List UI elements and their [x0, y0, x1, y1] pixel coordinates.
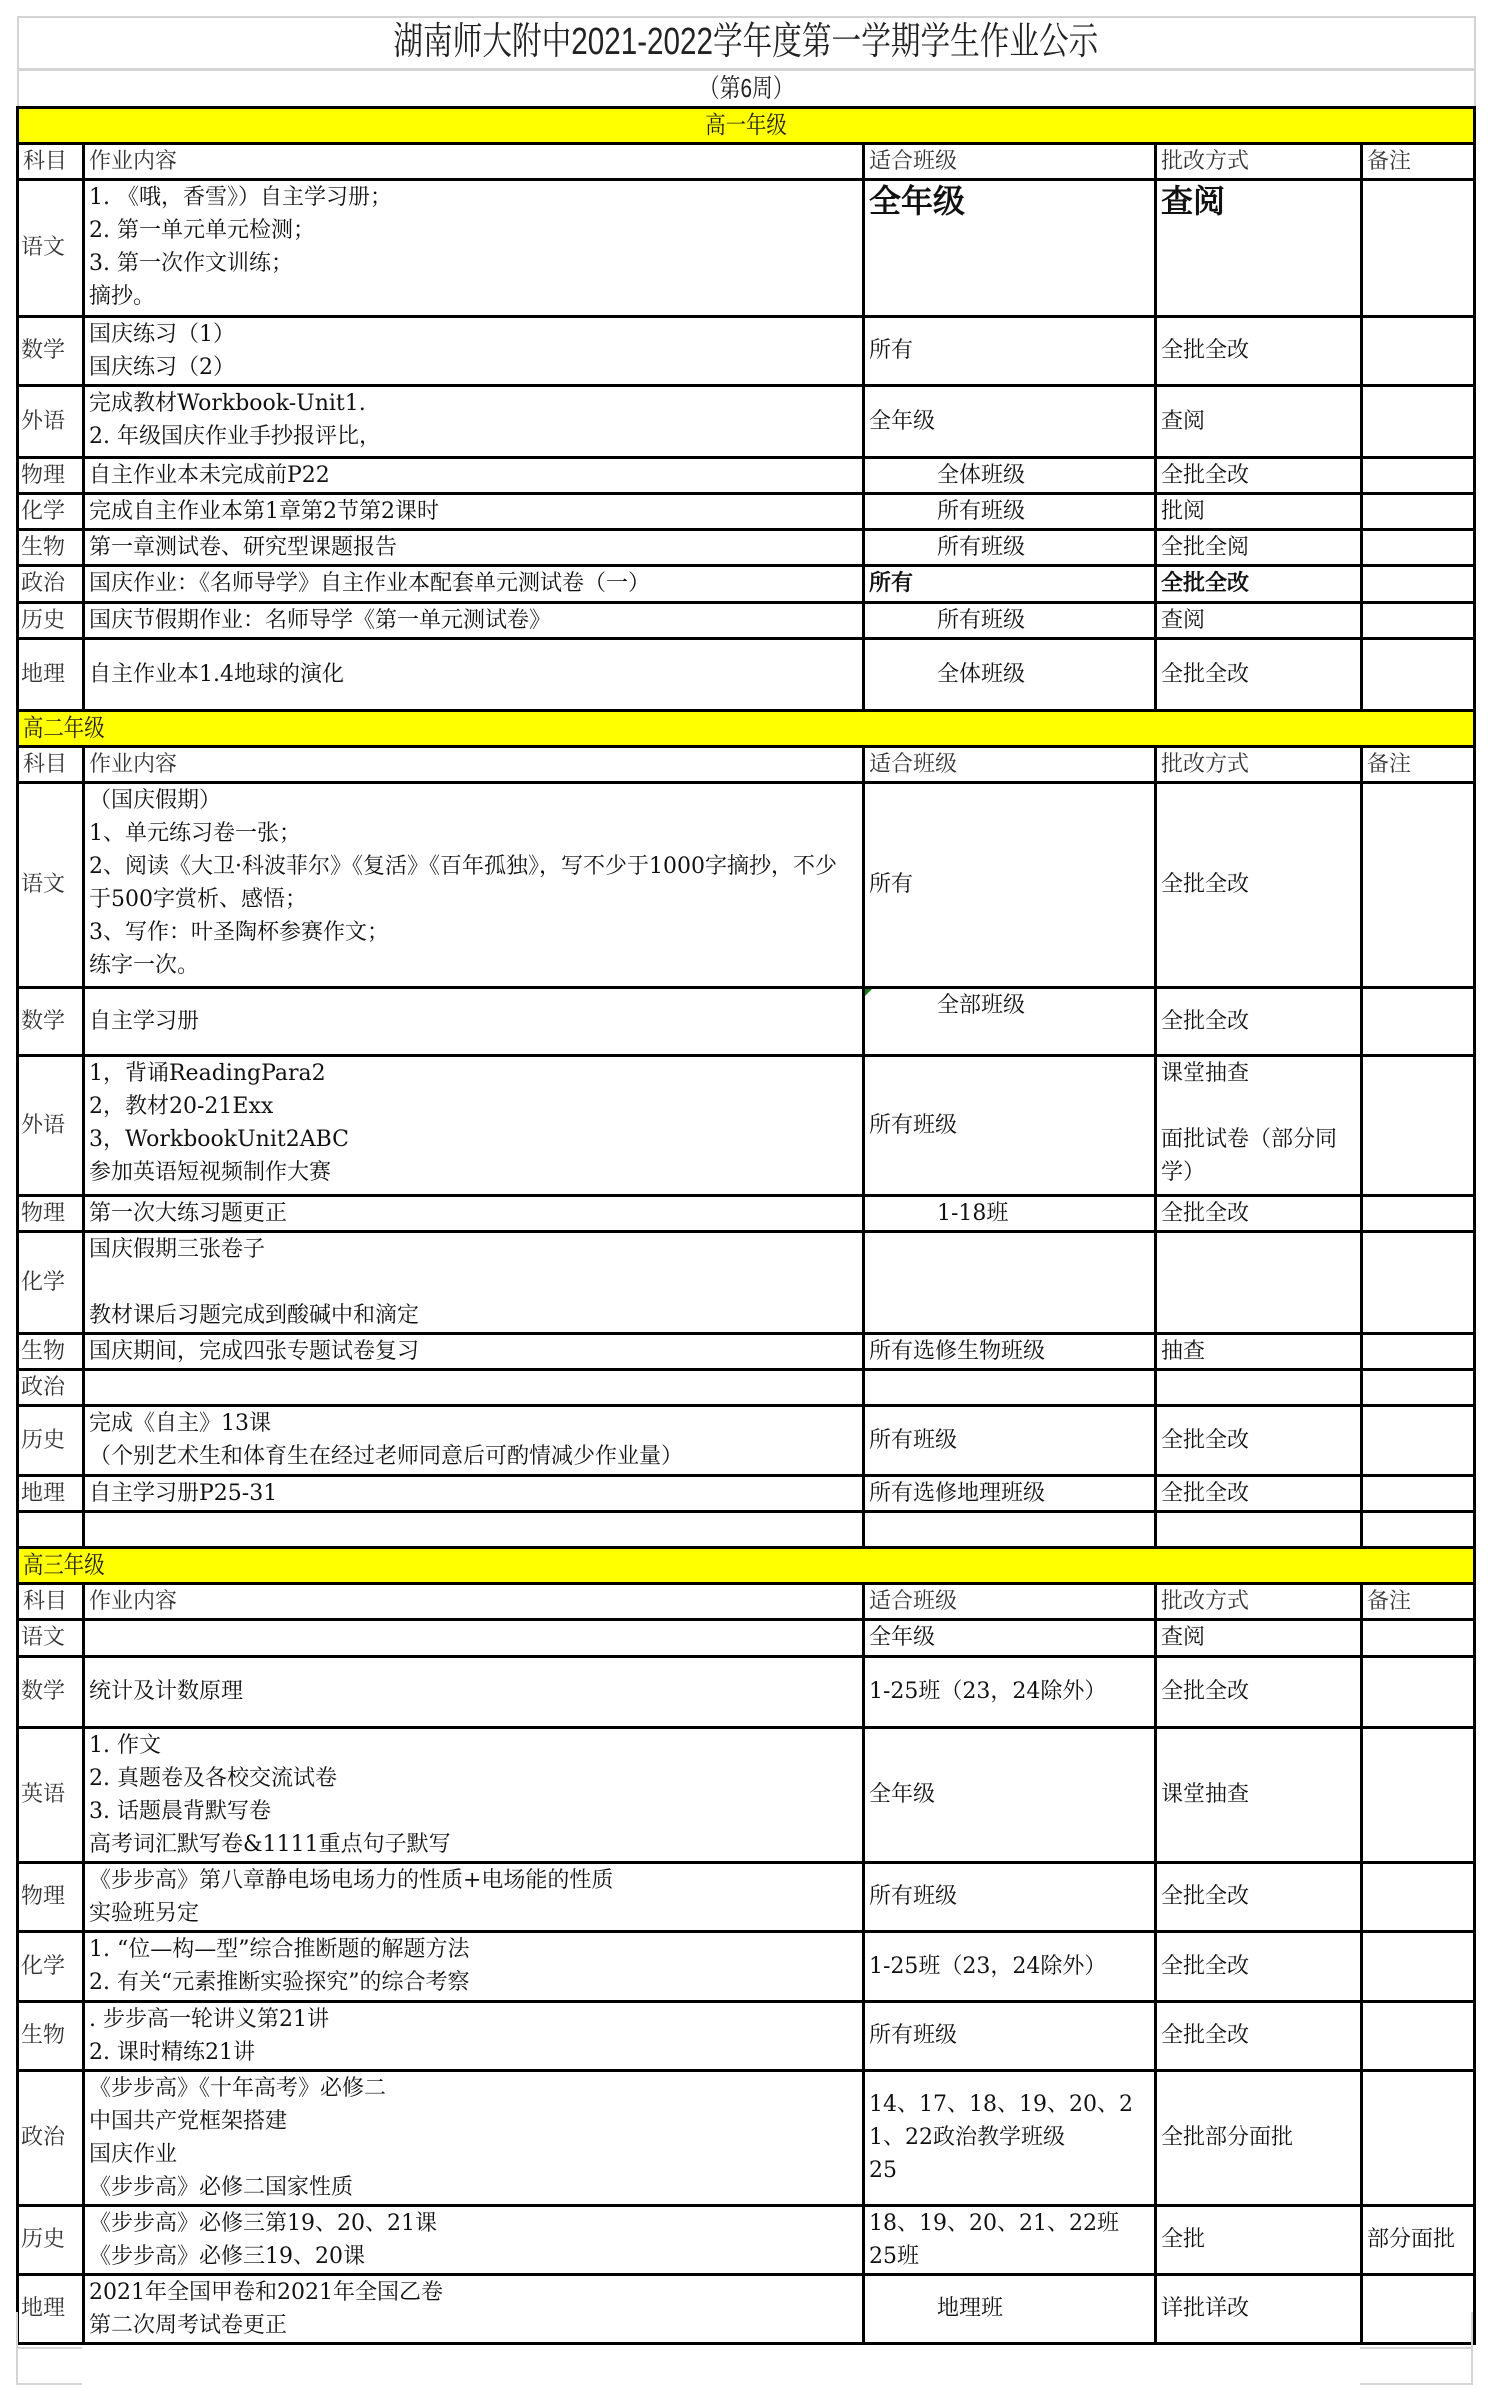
col-header-note: 备注 — [1362, 143, 1475, 179]
classes-cell — [864, 1231, 1156, 1333]
classes-cell: 所有班级 — [864, 1055, 1156, 1195]
content-cell — [84, 1619, 864, 1656]
table-row: 物理 自主作业本未完成前P22 全体班级 全批全改 — [18, 457, 1475, 493]
subject-cell: 英语 — [18, 1727, 84, 1862]
col-header-note: 备注 — [1362, 1583, 1475, 1619]
grading-cell: 全批全改 — [1156, 782, 1362, 987]
homework-sheet: 湖南师大附中2021-2022学年度第一学期学生作业公示 （第6周） 高一年级 … — [16, 16, 1473, 2345]
content-cell: 自主作业本未完成前P22 — [84, 457, 864, 493]
content-cell: 自主学习册P25-31 — [84, 1475, 864, 1511]
grading-cell: 全批全改 — [1156, 1862, 1362, 1931]
col-header-content: 作业内容 — [84, 143, 864, 179]
subject-cell: 政治 — [18, 2070, 84, 2205]
subject-cell: 历史 — [18, 2205, 84, 2274]
table-row: 语文 （国庆假期） 1、单元练习卷一张； 2、阅读《大卫·科波菲尔》《复活》《百… — [18, 782, 1475, 987]
classes-cell: 全部班级 — [864, 987, 1156, 1055]
classes-cell: 18、19、20、21、22班 25班 — [864, 2205, 1156, 2274]
homework-table: 湖南师大附中2021-2022学年度第一学期学生作业公示 （第6周） 高一年级 … — [16, 16, 1476, 2345]
note-cell — [1362, 1475, 1475, 1511]
grading-cell — [1156, 1511, 1362, 1547]
week-subtitle: （第6周） — [18, 69, 1475, 107]
grading-cell: 课堂抽查 面批试卷（部分同学） — [1156, 1055, 1362, 1195]
gridline-fragment — [1360, 2383, 1473, 2385]
note-cell — [1362, 385, 1475, 457]
table-row: 生物 . 步步高一轮讲义第21讲 2. 课时精练21讲 所有班级 全批全改 — [18, 2001, 1475, 2070]
empty-row — [18, 1511, 1475, 1547]
content-cell: 第一次大练习题更正 — [84, 1195, 864, 1231]
col-header-content: 作业内容 — [84, 1583, 864, 1619]
grading-cell: 批阅 — [1156, 493, 1362, 529]
col-header-grading: 批改方式 — [1156, 143, 1362, 179]
note-cell — [1362, 493, 1475, 529]
classes-cell: 所有班级 — [864, 529, 1156, 565]
subject-cell: 语文 — [18, 1619, 84, 1656]
grading-cell: 抽查 — [1156, 1333, 1362, 1369]
note-cell — [1362, 1369, 1475, 1405]
table-row: 化学 完成自主作业本第1章第2节第2课时 所有班级 批阅 — [18, 493, 1475, 529]
table-row: 语文 全年级 查阅 — [18, 1619, 1475, 1656]
content-cell: 国庆期间，完成四张专题试卷复习 — [84, 1333, 864, 1369]
subject-cell: 物理 — [18, 457, 84, 493]
subject-cell: 化学 — [18, 1231, 84, 1333]
grade-label-text: 高二年级 — [23, 712, 105, 745]
note-cell — [1362, 1055, 1475, 1195]
table-row: 语文 1. 《哦，香雪》）自主学习册； 2. 第一单元单元检测； 3. 第一次作… — [18, 179, 1475, 316]
table-row: 地理 自主学习册P25-31 所有选修地理班级 全批全改 — [18, 1475, 1475, 1511]
content-cell: 国庆作业：《名师导学》自主作业本配套单元测试卷（一） — [84, 565, 864, 602]
grading-cell: 全批全改 — [1156, 2001, 1362, 2070]
note-cell — [1362, 179, 1475, 316]
grading-cell: 课堂抽查 — [1156, 1727, 1362, 1862]
note-cell — [1362, 1231, 1475, 1333]
note-cell — [1362, 602, 1475, 638]
grading-cell: 全批全改 — [1156, 1195, 1362, 1231]
note-cell — [1362, 1727, 1475, 1862]
classes-cell — [864, 1511, 1156, 1547]
classes-cell — [864, 1369, 1156, 1405]
note-cell — [1362, 457, 1475, 493]
table-row: 化学 1. “位—构—型”综合推断题的解题方法 2. 有关“元素推断实验探究”的… — [18, 1931, 1475, 2001]
content-cell: 第一章测试卷、研究型课题报告 — [84, 529, 864, 565]
grade-label: 高一年级 — [18, 107, 1475, 143]
table-row: 数学 统计及计数原理 1-25班（23，24除外） 全批全改 — [18, 1656, 1475, 1727]
classes-cell: 1-25班（23，24除外） — [864, 1656, 1156, 1727]
grade-label: 高三年级 — [18, 1547, 1475, 1583]
note-cell — [1362, 316, 1475, 385]
grading-cell — [1156, 1369, 1362, 1405]
subject-cell: 物理 — [18, 1862, 84, 1931]
col-header-subject: 科目 — [18, 143, 84, 179]
note-cell — [1362, 1931, 1475, 2001]
table-row: 历史 《步步高》必修三第19、20、21课 《步步高》必修三19、20课 18、… — [18, 2205, 1475, 2274]
table-row: 地理 2021年全国甲卷和2021年全国乙卷 第二次周考试卷更正 地理班 详批详… — [18, 2274, 1475, 2343]
subject-cell: 语文 — [18, 179, 84, 316]
classes-cell: 所有班级 — [864, 493, 1156, 529]
subject-cell: 化学 — [18, 1931, 84, 2001]
content-cell: 完成教材Workbook-Unit1. 2. 年级国庆作业手抄报评比， — [84, 385, 864, 457]
gridline-fragment — [16, 2383, 82, 2385]
grading-cell: 全批全改 — [1156, 457, 1362, 493]
col-header-subject: 科目 — [18, 1583, 84, 1619]
col-header-subject: 科目 — [18, 746, 84, 782]
grading-cell: 全批全改 — [1156, 987, 1362, 1055]
table-row: 外语 完成教材Workbook-Unit1. 2. 年级国庆作业手抄报评比， 全… — [18, 385, 1475, 457]
note-cell — [1362, 2274, 1475, 2343]
subject-cell: 数学 — [18, 316, 84, 385]
content-cell: 国庆假期三张卷子 教材课后习题完成到酸碱中和滴定 — [84, 1231, 864, 1333]
grading-cell: 全批全改 — [1156, 638, 1362, 710]
classes-cell: 所有班级 — [864, 2001, 1156, 2070]
content-cell: 《步步高》第八章静电场电场力的性质+电场能的性质 实验班另定 — [84, 1862, 864, 1931]
classes-cell: 全年级 — [864, 1619, 1156, 1656]
subject-cell: 生物 — [18, 1333, 84, 1369]
grade-band-2: 高二年级 — [18, 710, 1475, 746]
subject-cell: 地理 — [18, 638, 84, 710]
grading-cell: 详批详改 — [1156, 2274, 1362, 2343]
grade-band-3: 高三年级 — [18, 1547, 1475, 1583]
content-cell — [84, 1369, 864, 1405]
note-cell: 部分面批 — [1362, 2205, 1475, 2274]
table-row: 物理 《步步高》第八章静电场电场力的性质+电场能的性质 实验班另定 所有班级 全… — [18, 1862, 1475, 1931]
note-cell — [1362, 1333, 1475, 1369]
classes-cell: 所有 — [864, 316, 1156, 385]
subject-cell: 地理 — [18, 2274, 84, 2343]
grade-band-1: 高一年级 — [18, 107, 1475, 143]
subject-cell: 数学 — [18, 987, 84, 1055]
content-cell: 自主学习册 — [84, 987, 864, 1055]
subject-cell: 历史 — [18, 602, 84, 638]
table-row: 物理 第一次大练习题更正 1-18班 全批全改 — [18, 1195, 1475, 1231]
grading-cell: 全批全改 — [1156, 1931, 1362, 2001]
column-header-row: 科目 作业内容 适合班级 批改方式 备注 — [18, 143, 1475, 179]
column-header-row: 科目 作业内容 适合班级 批改方式 备注 — [18, 746, 1475, 782]
classes-cell: 所有班级 — [864, 1862, 1156, 1931]
content-cell: 1. 《哦，香雪》）自主学习册； 2. 第一单元单元检测； 3. 第一次作文训练… — [84, 179, 864, 316]
classes-cell: 全体班级 — [864, 457, 1156, 493]
grading-cell: 全批全改 — [1156, 565, 1362, 602]
note-cell — [1362, 987, 1475, 1055]
content-cell: 统计及计数原理 — [84, 1656, 864, 1727]
grading-cell: 全批全改 — [1156, 316, 1362, 385]
subject-cell: 生物 — [18, 529, 84, 565]
subject-cell: 化学 — [18, 493, 84, 529]
comment-indicator-icon[interactable] — [865, 989, 872, 996]
subject-cell: 外语 — [18, 1055, 84, 1195]
classes-cell: 1-18班 — [864, 1195, 1156, 1231]
classes-cell: 所有选修地理班级 — [864, 1475, 1156, 1511]
classes-cell: 所有 — [864, 565, 1156, 602]
gridline-fragment — [1360, 2347, 1473, 2349]
content-cell — [84, 1511, 864, 1547]
column-header-row: 科目 作业内容 适合班级 批改方式 备注 — [18, 1583, 1475, 1619]
title-row: 湖南师大附中2021-2022学年度第一学期学生作业公示 — [18, 17, 1475, 69]
gridline-fragment — [16, 2347, 82, 2349]
note-cell — [1362, 1405, 1475, 1475]
subject-cell: 语文 — [18, 782, 84, 987]
grading-cell: 全批全改 — [1156, 1656, 1362, 1727]
col-header-content: 作业内容 — [84, 746, 864, 782]
table-row: 政治 — [18, 1369, 1475, 1405]
col-header-classes: 适合班级 — [864, 143, 1156, 179]
note-cell — [1362, 529, 1475, 565]
content-cell: 《步步高》必修三第19、20、21课 《步步高》必修三19、20课 — [84, 2205, 864, 2274]
grade-label: 高二年级 — [18, 710, 1475, 746]
note-cell — [1362, 1195, 1475, 1231]
note-cell — [1362, 638, 1475, 710]
classes-cell: 1-25班（23，24除外） — [864, 1931, 1156, 2001]
content-cell: 2021年全国甲卷和2021年全国乙卷 第二次周考试卷更正 — [84, 2274, 864, 2343]
col-header-classes: 适合班级 — [864, 1583, 1156, 1619]
table-row: 数学 国庆练习（1） 国庆练习（2） 所有 全批全改 — [18, 316, 1475, 385]
table-row: 历史 国庆节假期作业：名师导学《第一单元测试卷》 所有班级 查阅 — [18, 602, 1475, 638]
grade-label-text: 高三年级 — [23, 1549, 105, 1582]
content-cell: 1. 作文 2. 真题卷及各校交流试卷 3. 话题晨背默写卷 高考词汇默写卷&1… — [84, 1727, 864, 1862]
page-title-text: 湖南师大附中2021-2022学年度第一学期学生作业公示 — [394, 26, 1099, 59]
grading-cell: 全批 — [1156, 2205, 1362, 2274]
table-row: 生物 国庆期间，完成四张专题试卷复习 所有选修生物班级 抽查 — [18, 1333, 1475, 1369]
subject-cell: 政治 — [18, 565, 84, 602]
content-cell: 国庆节假期作业：名师导学《第一单元测试卷》 — [84, 602, 864, 638]
classes-text: 全部班级 — [937, 993, 1025, 1018]
subject-cell: 数学 — [18, 1656, 84, 1727]
table-row: 政治 《步步高》《十年高考》必修二 中国共产党框架搭建 国庆作业 《步步高》必修… — [18, 2070, 1475, 2205]
content-cell: 完成自主作业本第1章第2节第2课时 — [84, 493, 864, 529]
classes-cell: 14、17、18、19、20、21、22政治教学班级 25 — [864, 2070, 1156, 2205]
grading-cell: 全批全阅 — [1156, 529, 1362, 565]
table-row: 政治 国庆作业：《名师导学》自主作业本配套单元测试卷（一） 所有 全批全改 — [18, 565, 1475, 602]
table-row: 化学 国庆假期三张卷子 教材课后习题完成到酸碱中和滴定 — [18, 1231, 1475, 1333]
subject-cell: 外语 — [18, 385, 84, 457]
subtitle-row: （第6周） — [18, 69, 1475, 107]
subject-cell — [18, 1511, 84, 1547]
content-cell: 1，背诵ReadingPara2 2，教材20-21Exx 3，Workbook… — [84, 1055, 864, 1195]
table-row: 外语 1，背诵ReadingPara2 2，教材20-21Exx 3，Workb… — [18, 1055, 1475, 1195]
content-cell: 1. “位—构—型”综合推断题的解题方法 2. 有关“元素推断实验探究”的综合考… — [84, 1931, 864, 2001]
content-cell: 完成《自主》13课 （个别艺术生和体育生在经过老师同意后可酌情减少作业量） — [84, 1405, 864, 1475]
classes-cell: 地理班 — [864, 2274, 1156, 2343]
classes-cell: 所有选修生物班级 — [864, 1333, 1156, 1369]
col-header-note: 备注 — [1362, 746, 1475, 782]
week-subtitle-text: （第6周） — [699, 72, 794, 105]
subject-cell: 生物 — [18, 2001, 84, 2070]
grading-cell — [1156, 1231, 1362, 1333]
subject-cell: 政治 — [18, 1369, 84, 1405]
col-header-grading: 批改方式 — [1156, 746, 1362, 782]
table-row: 历史 完成《自主》13课 （个别艺术生和体育生在经过老师同意后可酌情减少作业量）… — [18, 1405, 1475, 1475]
content-cell: 自主作业本1.4地球的演化 — [84, 638, 864, 710]
content-cell: 《步步高》《十年高考》必修二 中国共产党框架搭建 国庆作业 《步步高》必修二国家… — [84, 2070, 864, 2205]
classes-cell: 所有班级 — [864, 1405, 1156, 1475]
note-cell — [1362, 2001, 1475, 2070]
table-row: 地理 自主作业本1.4地球的演化 全体班级 全批全改 — [18, 638, 1475, 710]
grade-label-text: 高一年级 — [705, 109, 787, 142]
subject-cell: 地理 — [18, 1475, 84, 1511]
note-cell — [1362, 565, 1475, 602]
table-row: 生物 第一章测试卷、研究型课题报告 所有班级 全批全阅 — [18, 529, 1475, 565]
col-header-classes: 适合班级 — [864, 746, 1156, 782]
note-cell — [1362, 1619, 1475, 1656]
classes-cell: 所有班级 — [864, 602, 1156, 638]
grading-cell: 全批部分面批 — [1156, 2070, 1362, 2205]
classes-cell: 全年级 — [864, 1727, 1156, 1862]
classes-cell: 全年级 — [864, 179, 1156, 316]
page-title: 湖南师大附中2021-2022学年度第一学期学生作业公示 — [18, 17, 1475, 69]
note-cell — [1362, 1511, 1475, 1547]
table-row: 数学 自主学习册 全部班级 全批全改 — [18, 987, 1475, 1055]
note-cell — [1362, 782, 1475, 987]
grading-cell: 查阅 — [1156, 1619, 1362, 1656]
classes-cell: 全体班级 — [864, 638, 1156, 710]
grading-cell: 全批全改 — [1156, 1475, 1362, 1511]
note-cell — [1362, 1862, 1475, 1931]
subject-cell: 物理 — [18, 1195, 84, 1231]
content-cell: 国庆练习（1） 国庆练习（2） — [84, 316, 864, 385]
content-cell: （国庆假期） 1、单元练习卷一张； 2、阅读《大卫·科波菲尔》《复活》《百年孤独… — [84, 782, 864, 987]
col-header-grading: 批改方式 — [1156, 1583, 1362, 1619]
grading-cell: 查阅 — [1156, 602, 1362, 638]
note-cell — [1362, 1656, 1475, 1727]
grading-cell: 查阅 — [1156, 179, 1362, 316]
subject-cell: 历史 — [18, 1405, 84, 1475]
classes-cell: 全年级 — [864, 385, 1156, 457]
note-cell — [1362, 2070, 1475, 2205]
grading-cell: 全批全改 — [1156, 1405, 1362, 1475]
table-row: 英语 1. 作文 2. 真题卷及各校交流试卷 3. 话题晨背默写卷 高考词汇默写… — [18, 1727, 1475, 1862]
grading-cell: 查阅 — [1156, 385, 1362, 457]
classes-cell: 所有 — [864, 782, 1156, 987]
content-cell: . 步步高一轮讲义第21讲 2. 课时精练21讲 — [84, 2001, 864, 2070]
